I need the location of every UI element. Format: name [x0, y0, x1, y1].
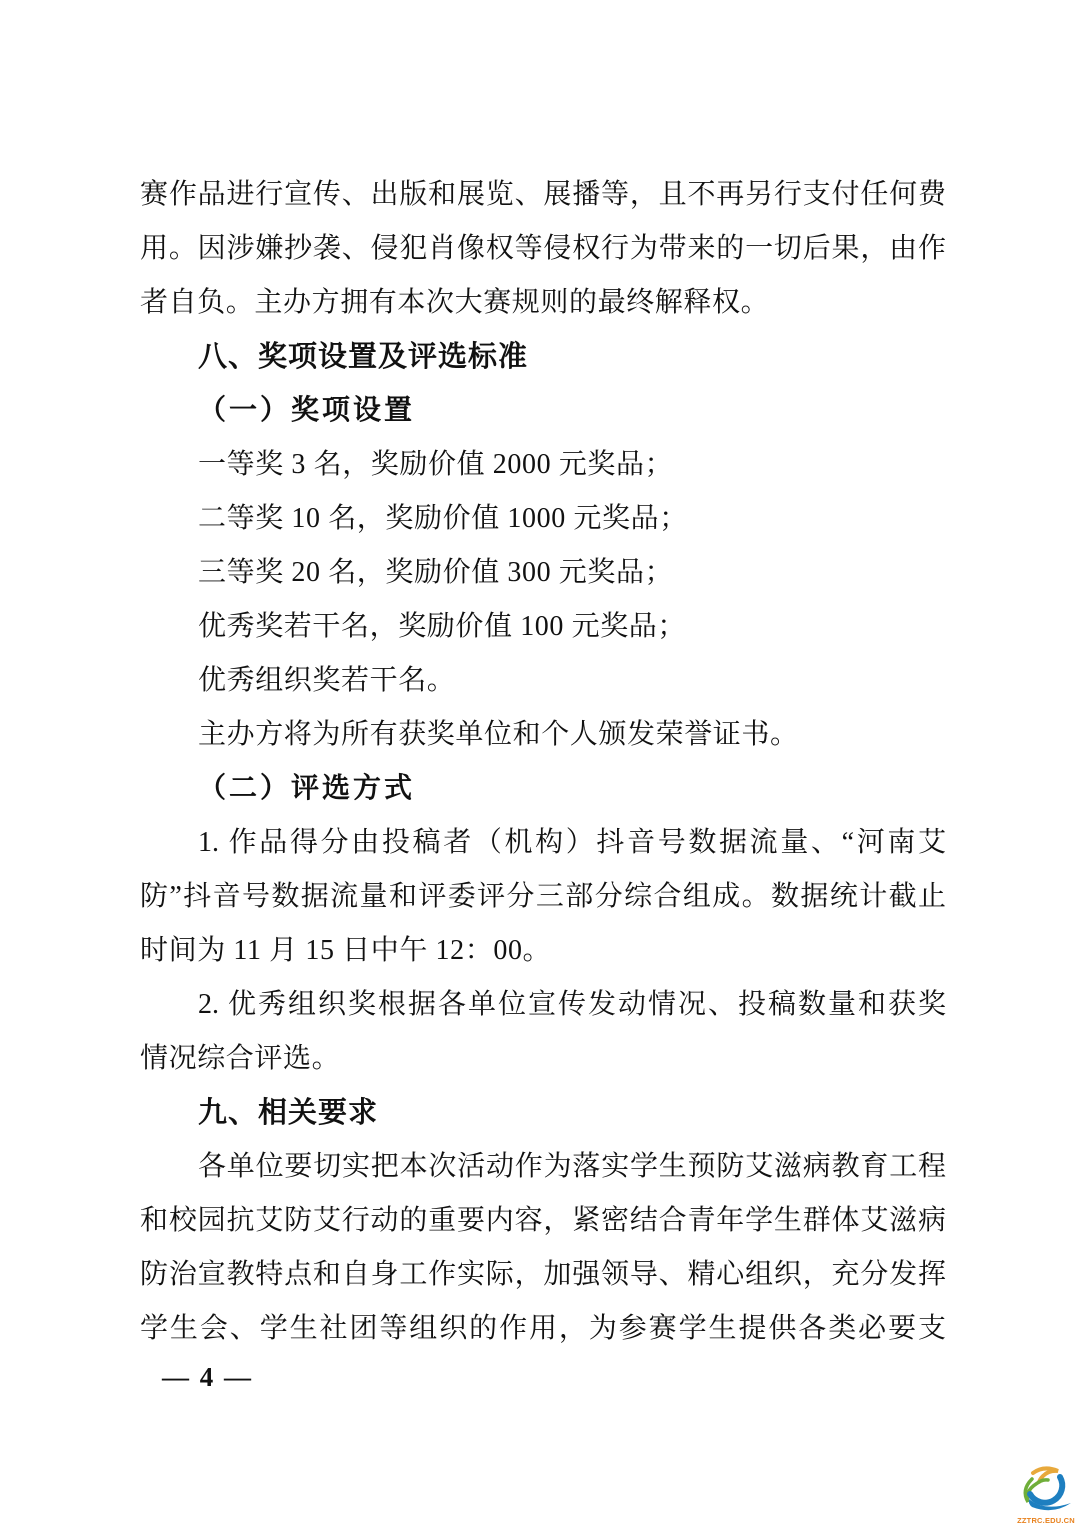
body-line: 赛作品进行宣传、出版和展览、展播等，且不再另行支付任何费	[140, 168, 946, 222]
body-line: 者自负。主办方拥有本次大赛规则的最终解释权。	[140, 276, 946, 330]
body-line: 和校园抗艾防艾行动的重要内容，紧密结合青年学生群体艾滋病	[140, 1194, 946, 1248]
document-page: 赛作品进行宣传、出版和展览、展播等，且不再另行支付任何费 用。因涉嫌抄袭、侵犯肖…	[0, 0, 1080, 1527]
school-logo-icon	[1017, 1464, 1075, 1516]
document-body: 赛作品进行宣传、出版和展览、展播等，且不再另行支付任何费 用。因涉嫌抄袭、侵犯肖…	[140, 168, 946, 1356]
site-watermark: ZZTRC.EDU.CN	[1014, 1464, 1078, 1526]
award-first-prize-line: 一等奖 3 名，奖励价值 2000 元奖品；	[140, 438, 946, 492]
page-number: — 4 —	[162, 1350, 253, 1404]
body-line: 时间为 11 月 15 日中午 12：00。	[140, 924, 946, 978]
body-line: 防治宣教特点和自身工作实际，加强领导、精心组织，充分发挥	[140, 1248, 946, 1302]
body-line: 1. 作品得分由投稿者（机构）抖音号数据流量、“河南艾	[140, 816, 946, 870]
body-line: 各单位要切实把本次活动作为落实学生预防艾滋病教育工程	[140, 1140, 946, 1194]
body-line: 防”抖音号数据流量和评委评分三部分综合组成。数据统计截止	[140, 870, 946, 924]
body-line: 主办方将为所有获奖单位和个人颁发荣誉证书。	[140, 708, 946, 762]
body-line: 学生会、学生社团等组织的作用，为参赛学生提供各类必要支	[140, 1302, 946, 1356]
subheading-award-setup: （一）奖项设置	[140, 384, 946, 438]
award-organization-line: 优秀组织奖若干名。	[140, 654, 946, 708]
body-line: 用。因涉嫌抄袭、侵犯肖像权等侵权行为带来的一切后果，由作	[140, 222, 946, 276]
heading-awards-criteria: 八、奖项设置及评选标准	[140, 330, 946, 384]
subheading-selection-method: （二）评选方式	[140, 762, 946, 816]
site-watermark-text: ZZTRC.EDU.CN	[1014, 1516, 1078, 1526]
body-line: 2. 优秀组织奖根据各单位宣传发动情况、投稿数量和获奖	[140, 978, 946, 1032]
award-second-prize-line: 二等奖 10 名，奖励价值 1000 元奖品；	[140, 492, 946, 546]
award-excellence-line: 优秀奖若干名，奖励价值 100 元奖品；	[140, 600, 946, 654]
heading-requirements: 九、相关要求	[140, 1086, 946, 1140]
body-line: 情况综合评选。	[140, 1032, 946, 1086]
award-third-prize-line: 三等奖 20 名，奖励价值 300 元奖品；	[140, 546, 946, 600]
